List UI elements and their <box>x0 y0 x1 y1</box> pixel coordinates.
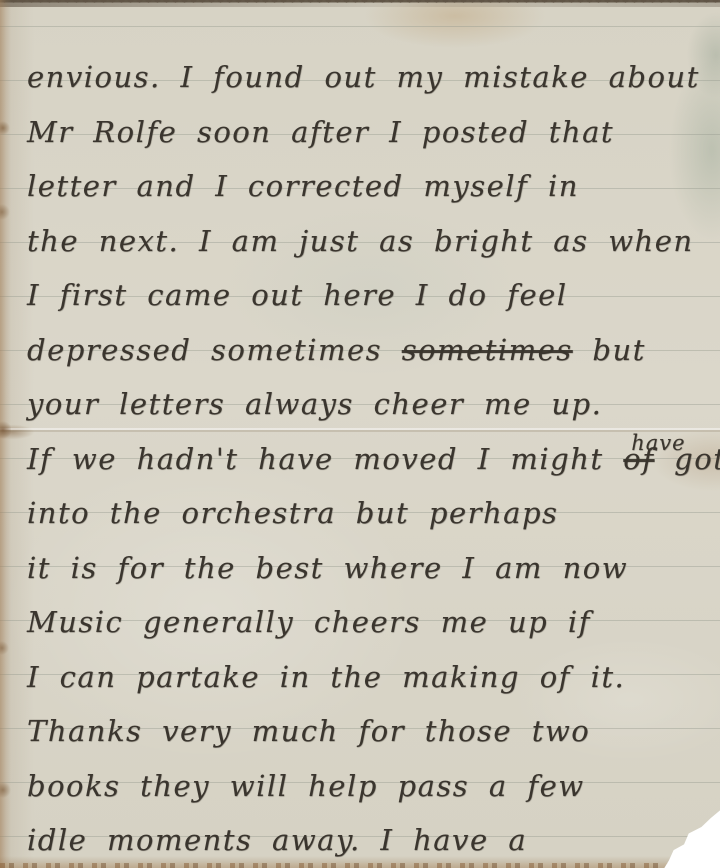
struck-word: sometimes <box>402 333 573 367</box>
torn-top-edge <box>0 0 720 15</box>
handwriting-line: Music generally cheers me up if <box>27 595 720 650</box>
text-segment: but <box>573 333 646 367</box>
handwriting-line: envious. I found out my mistake about <box>27 50 720 105</box>
handwriting-line: Thanks very much for those two <box>27 704 720 759</box>
text-segment: into the orchestra but perhaps <box>27 496 558 530</box>
handwriting-line: letter and I corrected myself in <box>27 159 720 214</box>
text-segment: I first came out here I do feel <box>27 278 568 312</box>
handwriting-line: your letters always cheer me up. <box>27 377 720 432</box>
handwriting-line: Mr Rolfe soon after I posted that <box>27 105 720 160</box>
aged-left-edge <box>0 0 11 868</box>
letter-text: envious. I found out my mistake aboutMr … <box>27 50 720 868</box>
handwriting-line: depressed sometimes sometimes but <box>27 323 720 378</box>
handwriting-line: If we hadn't have moved I might haveof g… <box>27 432 720 487</box>
handwriting-line: I first came out here I do feel <box>27 268 720 323</box>
handwriting-line: books they will help pass a few <box>27 759 720 814</box>
handwriting-line: the next. I am just as bright as when <box>27 214 720 269</box>
aged-bottom-edge <box>0 856 720 868</box>
text-segment: I can partake in the making of it. <box>27 660 625 694</box>
handwriting-line: into the orchestra but perhaps <box>27 486 720 541</box>
text-segment: depressed sometimes <box>27 333 402 367</box>
text-segment: envious. I found out my mistake about <box>27 60 700 94</box>
text-segment: the next. I am just as bright as when <box>27 224 694 258</box>
text-segment: it is for the best where I am now <box>27 551 628 585</box>
scanned-letter-page: envious. I found out my mistake aboutMr … <box>0 0 720 868</box>
handwriting-line: I can partake in the making of it. <box>27 650 720 705</box>
handwriting-line: it is for the best where I am now <box>27 541 720 596</box>
text-segment: letter and I corrected myself in <box>27 169 579 203</box>
text-segment: your letters always cheer me up. <box>27 387 602 421</box>
text-segment: Music generally cheers me up if <box>27 605 591 639</box>
text-segment: books they will help pass a few <box>27 769 585 803</box>
text-segment: Mr Rolfe soon after I posted that <box>27 115 614 149</box>
text-segment: If we hadn't have moved I might <box>27 442 623 476</box>
text-segment: Thanks very much for those two <box>27 714 590 748</box>
text-segment: idle moments away. I have a <box>27 823 527 857</box>
